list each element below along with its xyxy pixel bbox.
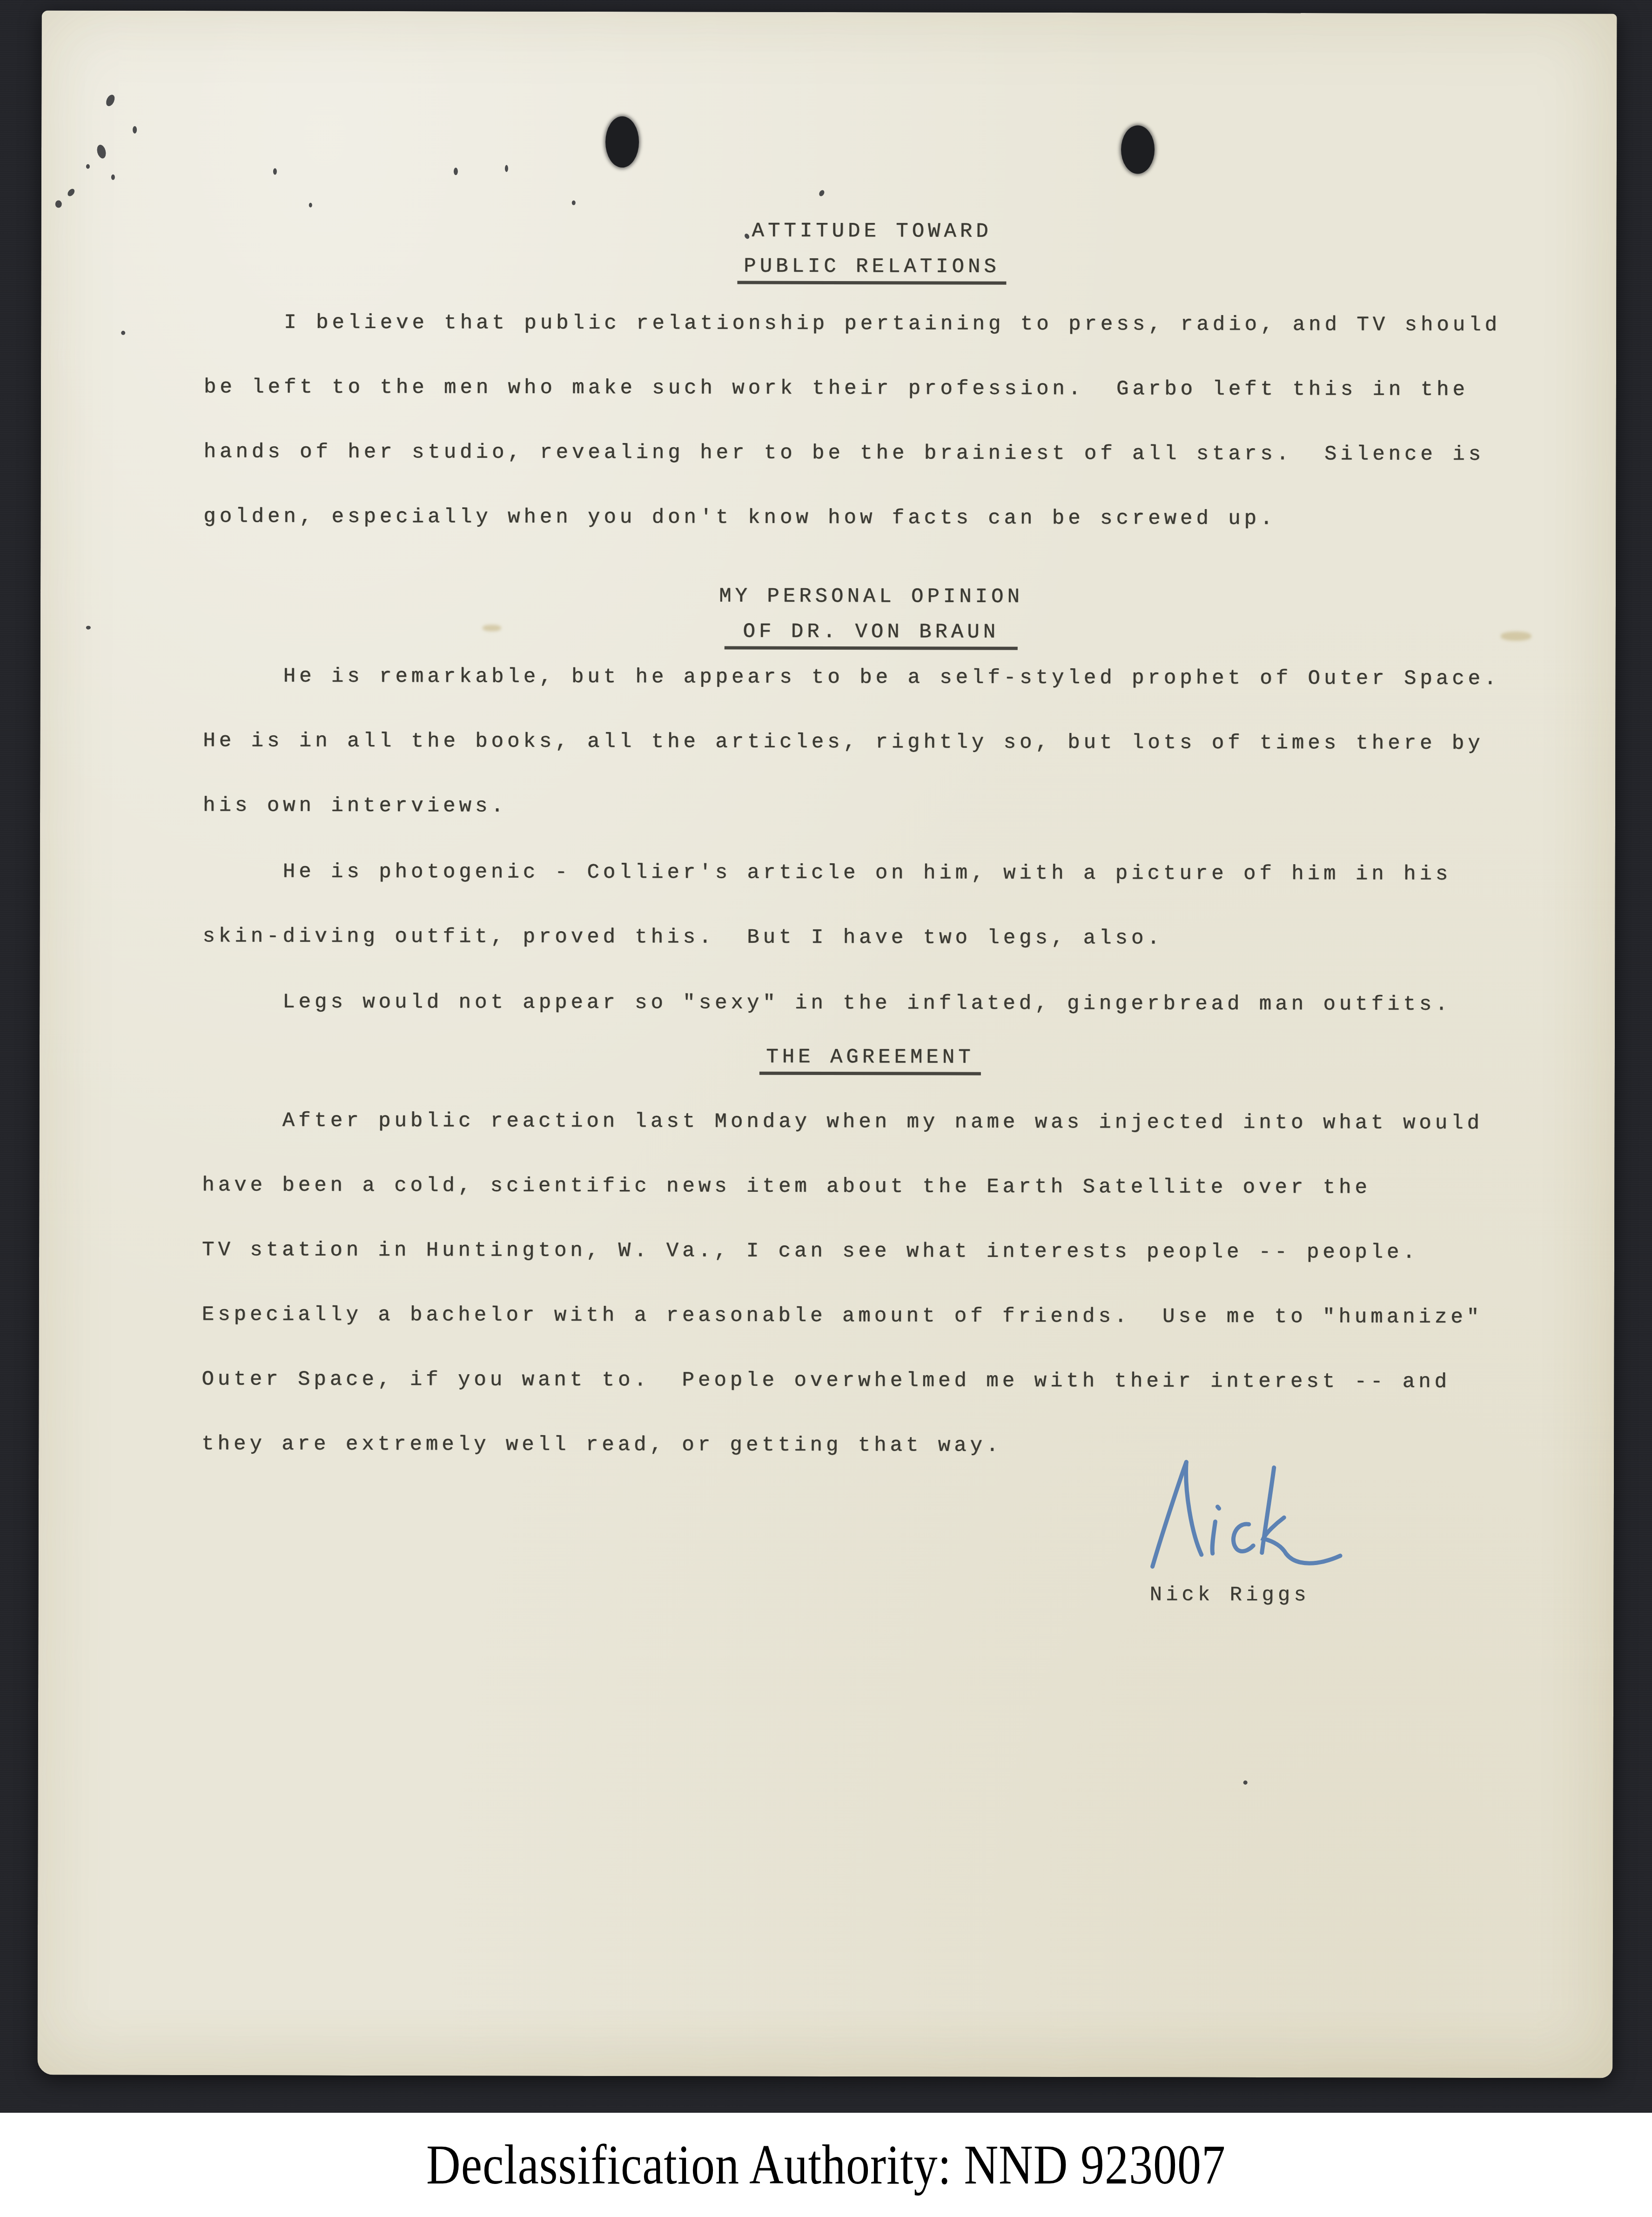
ink-speck: [55, 201, 62, 208]
heading-line-underlined: PUBLIC RELATIONS: [204, 248, 1539, 286]
typed-line: TV station in Huntington, W. Va., I can …: [202, 1218, 1538, 1285]
punch-hole-left: [605, 116, 639, 168]
typed-line: his own interviews.: [203, 773, 1538, 841]
ink-speck: [1243, 1780, 1248, 1785]
typed-line: He is in all the books, all the articles…: [203, 709, 1538, 776]
section-heading-von-braun: MY PERSONAL OPINION OF DR. VON BRAUN: [203, 578, 1539, 651]
ink-speck: [121, 331, 125, 335]
paragraph-remarkable: He is remarkable, but he appears to be a…: [203, 644, 1539, 841]
ink-speck: [572, 201, 576, 205]
ink-speck: [66, 188, 76, 197]
signature-handwriting: [1139, 1449, 1347, 1577]
typed-line: Outer Space, if you want to. People over…: [201, 1347, 1537, 1415]
typed-line: After public reaction last Monday when m…: [202, 1088, 1538, 1156]
ink-speck: [273, 168, 277, 175]
typed-line: be left to the men who make such work th…: [204, 355, 1539, 423]
heading-line: ATTITUDE TOWARD: [204, 212, 1540, 250]
paragraph-photogenic: He is photogenic - Collier's article on …: [202, 840, 1538, 972]
typed-line: have been a cold, scientific news item a…: [202, 1153, 1538, 1221]
typed-line: Especially a bachelor with a reasonable …: [202, 1283, 1538, 1350]
signature-typed-name: Nick Riggs: [1149, 1563, 1310, 1628]
ink-speck: [133, 126, 137, 134]
typed-line: golden, especially when you don't know h…: [203, 484, 1539, 552]
typed-line: He is remarkable, but he appears to be a…: [203, 644, 1539, 712]
heading-line: MY PERSONAL OPINION: [203, 578, 1539, 616]
typed-line: skin-diving outfit, proved this. But I h…: [202, 904, 1538, 972]
paragraph-agreement: After public reaction last Monday when m…: [201, 1088, 1538, 1479]
punch-hole-right: [1121, 125, 1155, 174]
heading-line-underlined: THE AGREEMENT: [202, 1038, 1538, 1076]
section-heading-attitude: ATTITUDE TOWARD PUBLIC RELATIONS: [204, 212, 1539, 286]
typed-line: He is photogenic - Collier's article on …: [203, 840, 1538, 907]
ink-speck: [111, 175, 115, 180]
ink-speck: [95, 144, 107, 160]
ink-speck: [818, 189, 826, 197]
ink-speck: [104, 94, 116, 107]
ink-speck: [309, 203, 312, 208]
ink-speck: [454, 168, 458, 175]
ink-speck: [505, 165, 508, 172]
document-page: ATTITUDE TOWARD PUBLIC RELATIONS I belie…: [37, 10, 1617, 2078]
declassification-text: Declassification Authority: NND 923007: [426, 2133, 1226, 2197]
typed-line: hands of her studio, revealing her to be…: [204, 420, 1539, 487]
typed-line: Legs would not appear so "sexy" in the i…: [202, 970, 1538, 1037]
declassification-footer: Declassification Authority: NND 923007: [0, 2113, 1652, 2217]
section-heading-agreement: THE AGREEMENT: [202, 1038, 1538, 1076]
ink-speck: [86, 626, 91, 630]
ink-speck: [86, 164, 90, 169]
typed-line: I believe that public relationship perta…: [204, 290, 1539, 358]
paragraph-public-relations: I believe that public relationship perta…: [203, 290, 1539, 552]
paragraph-legs: Legs would not appear so "sexy" in the i…: [202, 970, 1538, 1037]
